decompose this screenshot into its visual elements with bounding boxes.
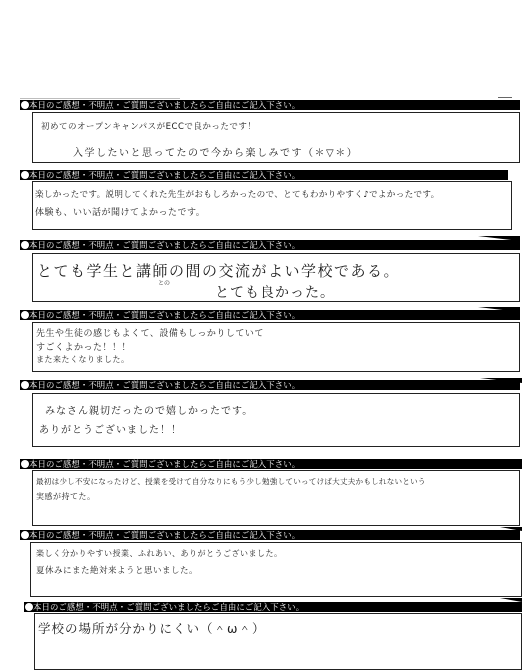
- bullet-icon: [21, 241, 29, 249]
- section-header: 本日のご感想・不明点・ご質問ございましたらご自由にご記入下さい。: [20, 459, 522, 469]
- handwritten-line: とても良かった。: [215, 282, 335, 302]
- comment-section-3: 本日のご感想・不明点・ご質問ございましたらご自由にご記入下さい。 とても学生と講…: [0, 240, 524, 310]
- handwritten-line: 最初は少し不安になったけど、授業を受けて自分なりにもう少し勉強していってけば大丈…: [36, 476, 426, 487]
- handwritten-annotation: との: [158, 278, 170, 287]
- comment-section-4: 本日のご感想・不明点・ご質問ございましたらご自由にご記入下さい。 先生や生徒の感…: [0, 310, 524, 380]
- section-header-text: 本日のご感想・不明点・ご質問ございましたらご自由にご記入下さい。: [29, 530, 300, 540]
- comment-section-1: 本日のご感想・不明点・ご質問ございましたらご自由にご記入下さい。 初めてのオープ…: [0, 100, 524, 170]
- handwritten-line: 体験も、いい話が聞けてよかったです。: [35, 205, 205, 218]
- section-header-text: 本日のご感想・不明点・ご質問ございましたらご自由にご記入下さい。: [29, 310, 300, 320]
- answer-box: みなさん親切だったので嬉しかったです。 ありがとうございました！！: [32, 393, 520, 447]
- section-header-text: 本日のご感想・不明点・ご質問ございましたらご自由にご記入下さい。: [29, 240, 300, 250]
- handwritten-line: とても学生と講師の間の交流がよい学校である。: [37, 260, 400, 281]
- bullet-icon: [21, 531, 29, 539]
- answer-box: 学校の場所が分かりにくい（＾ω＾）: [34, 613, 522, 670]
- section-header-text: 本日のご感想・不明点・ご質問ございましたらご自由にご記入下さい。: [33, 602, 304, 612]
- section-header-text: 本日のご感想・不明点・ご質問ございましたらご自由にご記入下さい。: [29, 459, 300, 469]
- scanned-survey-page: 本日のご感想・不明点・ご質問ございましたらご自由にご記入下さい。 初めてのオープ…: [0, 0, 524, 671]
- answer-box: 楽しかったです。説明してくれた先生がおもしろかったので、とてもわかりやすく♪でよ…: [32, 181, 512, 230]
- section-header: 本日のご感想・不明点・ご質問ございましたらご自由にご記入下さい。: [20, 100, 520, 110]
- section-header-text: 本日のご感想・不明点・ご質問ございましたらご自由にご記入下さい。: [29, 100, 300, 110]
- comment-section-5: 本日のご感想・不明点・ご質問ございましたらご自由にご記入下さい。 みなさん親切だ…: [0, 380, 524, 455]
- answer-box: 楽しく分かりやすい授業、ふれあい、ありがとうございました。 夏休みにまた絶対来よ…: [30, 542, 522, 597]
- bullet-icon: [21, 381, 29, 389]
- section-header-text: 本日のご感想・不明点・ご質問ございましたらご自由にご記入下さい。: [29, 170, 300, 180]
- answer-box: 先生や生徒の感じもよくて、設備もしっかりしていて すごくよかった！！！ また来た…: [32, 322, 520, 372]
- section-header: 本日のご感想・不明点・ご質問ございましたらご自由にご記入下さい。: [20, 310, 520, 320]
- comment-section-8: 本日のご感想・不明点・ご質問ございましたらご自由にご記入下さい。 学校の場所が分…: [0, 602, 524, 671]
- section-header: 本日のご感想・不明点・ご質問ございましたらご自由にご記入下さい。: [20, 240, 520, 250]
- bullet-icon: [21, 101, 29, 109]
- comment-section-7: 本日のご感想・不明点・ご質問ございましたらご自由にご記入下さい。 楽しく分かりや…: [0, 530, 524, 600]
- comment-section-2: 本日のご感想・不明点・ご質問ございましたらご自由にご記入下さい。 楽しかったです…: [0, 170, 524, 242]
- handwritten-line: すごくよかった！！！: [36, 340, 131, 353]
- handwritten-line: 楽しく分かりやすい授業、ふれあい、ありがとうございました。: [36, 548, 283, 559]
- section-header: 本日のご感想・不明点・ご質問ございましたらご自由にご記入下さい。: [24, 602, 522, 612]
- answer-box: 初めてのオープンキャンパスがECCで良かったです！ 入学したいと思ってたので今か…: [32, 112, 520, 163]
- handwritten-line: 実感が持てた。: [36, 491, 96, 502]
- answer-box: とても学生と講師の間の交流がよい学校である。 との とても良かった。: [32, 253, 520, 302]
- section-header: 本日のご感想・不明点・ご質問ございましたらご自由にご記入下さい。: [20, 170, 508, 180]
- scan-artifact: [20, 98, 180, 99]
- bullet-icon: [21, 171, 29, 179]
- section-header: 本日のご感想・不明点・ご質問ございましたらご自由にご記入下さい。: [20, 380, 520, 390]
- bullet-icon: [21, 311, 29, 319]
- handwritten-line: みなさん親切だったので嬉しかったです。: [45, 402, 253, 417]
- handwritten-line: ありがとうございました！！: [39, 421, 182, 436]
- section-header: 本日のご感想・不明点・ご質問ございましたらご自由にご記入下さい。: [20, 530, 520, 540]
- bullet-icon: [25, 603, 33, 611]
- handwritten-line: 楽しかったです。説明してくれた先生がおもしろかったので、とてもわかりやすく♪でよ…: [35, 188, 439, 200]
- handwritten-line: 夏休みにまた絶対来ようと思いました。: [36, 564, 198, 576]
- handwritten-line: また来たくなりました。: [36, 354, 130, 365]
- handwritten-line: 入学したいと思ってたので今から楽しみです（＊▽＊）: [73, 144, 358, 159]
- answer-box: 最初は少し不安になったけど、授業を受けて自分なりにもう少し勉強していってけば大丈…: [32, 470, 520, 526]
- bullet-icon: [21, 460, 29, 468]
- handwritten-line: 先生や生徒の感じもよくて、設備もしっかりしていて: [36, 326, 264, 339]
- section-header-text: 本日のご感想・不明点・ご質問ございましたらご自由にご記入下さい。: [29, 380, 300, 390]
- scan-artifact: [498, 97, 512, 98]
- comment-section-6: 本日のご感想・不明点・ご質問ございましたらご自由にご記入下さい。 最初は少し不安…: [0, 459, 524, 529]
- handwritten-line: 初めてのオープンキャンパスがECCで良かったです！: [41, 120, 256, 132]
- handwritten-line: 学校の場所が分かりにくい（＾ω＾）: [38, 619, 265, 637]
